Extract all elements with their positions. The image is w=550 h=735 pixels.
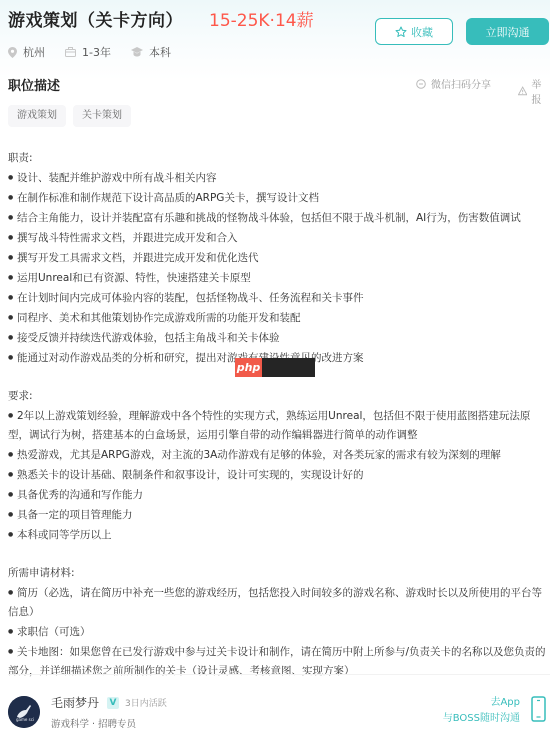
report-link[interactable]: 举报 [518,76,550,106]
job-detail-page: 游戏策划（关卡方向） 15-25K·14薪 杭州 1-3年 本科 收藏 立即沟通… [0,0,550,735]
responsibility-item: 同程序、美术和其他策划协作完成游戏所需的功能开发和装配 [8,308,548,328]
skill-tag: 关卡策划 [73,105,131,127]
requirement-item: 具备一定的项目管理能力 [8,505,548,525]
php-watermark: php [235,358,315,377]
recruiter-company-role: 游戏科学 · 招聘专员 [51,716,167,730]
app-promo-line2: 与BOSS随时沟通 [443,711,520,727]
requirement-item: 熟悉关卡的设计基础、限制条件和叙事设计，设计可实现的，实现设计好的 [8,465,548,485]
wechat-share-link[interactable]: 微信扫码分享 [416,76,491,91]
material-item: 简历（必选，请在简历中补充一些您的游戏经历，包括您投入时间较多的游戏名称、游戏时… [8,583,548,622]
verified-badge-icon: V [107,697,119,709]
briefcase-icon [65,47,76,57]
watermark-logo: php [235,358,262,377]
active-status: 3日内活跃 [125,696,167,709]
company-logo-icon: game sci [8,696,40,728]
mobile-phone-icon[interactable] [531,696,546,722]
responsibilities-label: 职责: [8,149,548,168]
responsibility-item: 运用Unreal和已有资源、特性，快速搭建关卡原型 [8,268,548,288]
favorite-label: 收藏 [411,24,433,40]
responsibility-item: 结合主角能力，设计并装配富有乐趣和挑战的怪物战斗体验，包括但不限于战斗机制，AI… [8,208,548,228]
recruiter-name-row: 毛雨梦丹 V 3日内活跃 [51,694,167,711]
spacer [8,545,548,564]
requirements-label: 要求: [8,387,548,406]
recruiter-card[interactable]: game sci 毛雨梦丹 V 3日内活跃 游戏科学 · 招聘专员 [8,694,167,730]
skill-tags: 游戏策划 关卡策划 [8,105,138,127]
experience-text: 1-3年 [82,44,111,60]
location-text: 杭州 [23,44,45,60]
experience: 1-3年 [65,44,111,60]
education-text: 本科 [149,44,171,60]
warning-icon [518,86,527,96]
avatar[interactable]: game sci [8,696,40,728]
material-item: 关卡地图：如果您曾在已发行游戏中参与过关卡设计和制作，请在简历中附上所参与/负责… [8,642,548,681]
recruiter-name: 毛雨梦丹 [51,694,99,711]
job-description: 职责: 设计、装配并维护游戏中所有战斗相关内容 在制作标准和制作规范下设计高品质… [8,149,548,681]
divider [8,674,550,675]
skill-tag: 游戏策划 [8,105,66,127]
requirement-item: 2年以上游戏策划经验，理解游戏中各个特性的实现方式，熟练运用Unreal，包括但… [8,406,548,445]
chat-bubble-icon [416,79,426,89]
share-label: 微信扫码分享 [431,76,491,91]
responsibility-item: 在计划时间内完成可体验内容的装配，包括怪物战斗、任务流程和关卡事件 [8,288,548,308]
watermark-block [262,358,315,377]
app-promo-link[interactable]: 去App 与BOSS随时沟通 [443,695,520,727]
svg-text:game sci: game sci [16,717,34,722]
section-header: 职位描述 微信扫码分享 举报 [8,75,550,95]
job-meta: 杭州 1-3年 本科 [8,44,550,60]
graduation-cap-icon [131,47,143,57]
materials-label: 所需申请材料: [8,564,548,583]
responsibility-item: 在制作标准和制作规范下设计高品质的ARPG关卡，撰写设计文档 [8,188,548,208]
app-promo-line1: 去App [443,695,520,711]
star-icon [395,26,407,38]
favorite-button[interactable]: 收藏 [375,18,453,45]
job-title: 游戏策划（关卡方向） [8,6,183,31]
requirement-item: 热爱游戏，尤其是ARPG游戏，对主流的3A动作游戏有足够的体验，对各类玩家的需求… [8,445,548,465]
requirement-item: 本科或同等学历以上 [8,525,548,545]
education: 本科 [131,44,171,60]
recruiter-info: 毛雨梦丹 V 3日内活跃 游戏科学 · 招聘专员 [51,694,167,730]
report-label: 举报 [531,76,550,106]
responsibility-item: 设计、装配并维护游戏中所有战斗相关内容 [8,168,548,188]
location-pin-icon [8,47,17,58]
material-item: 求职信（可选） [8,622,548,642]
salary: 15-25K·14薪 [209,6,314,31]
location: 杭州 [8,44,45,60]
responsibility-item: 撰写开发工具需求文档，并跟进完成开发和优化迭代 [8,248,548,268]
chat-now-label: 立即沟通 [486,24,530,40]
chat-now-button[interactable]: 立即沟通 [466,18,549,45]
requirement-item: 具备优秀的沟通和写作能力 [8,485,548,505]
section-title: 职位描述 [8,79,60,94]
responsibility-item: 撰写战斗特性需求文档，并跟进完成开发和合入 [8,228,548,248]
responsibility-item: 接受反馈并持续迭代游戏体验，包括主角战斗和关卡体验 [8,328,548,348]
